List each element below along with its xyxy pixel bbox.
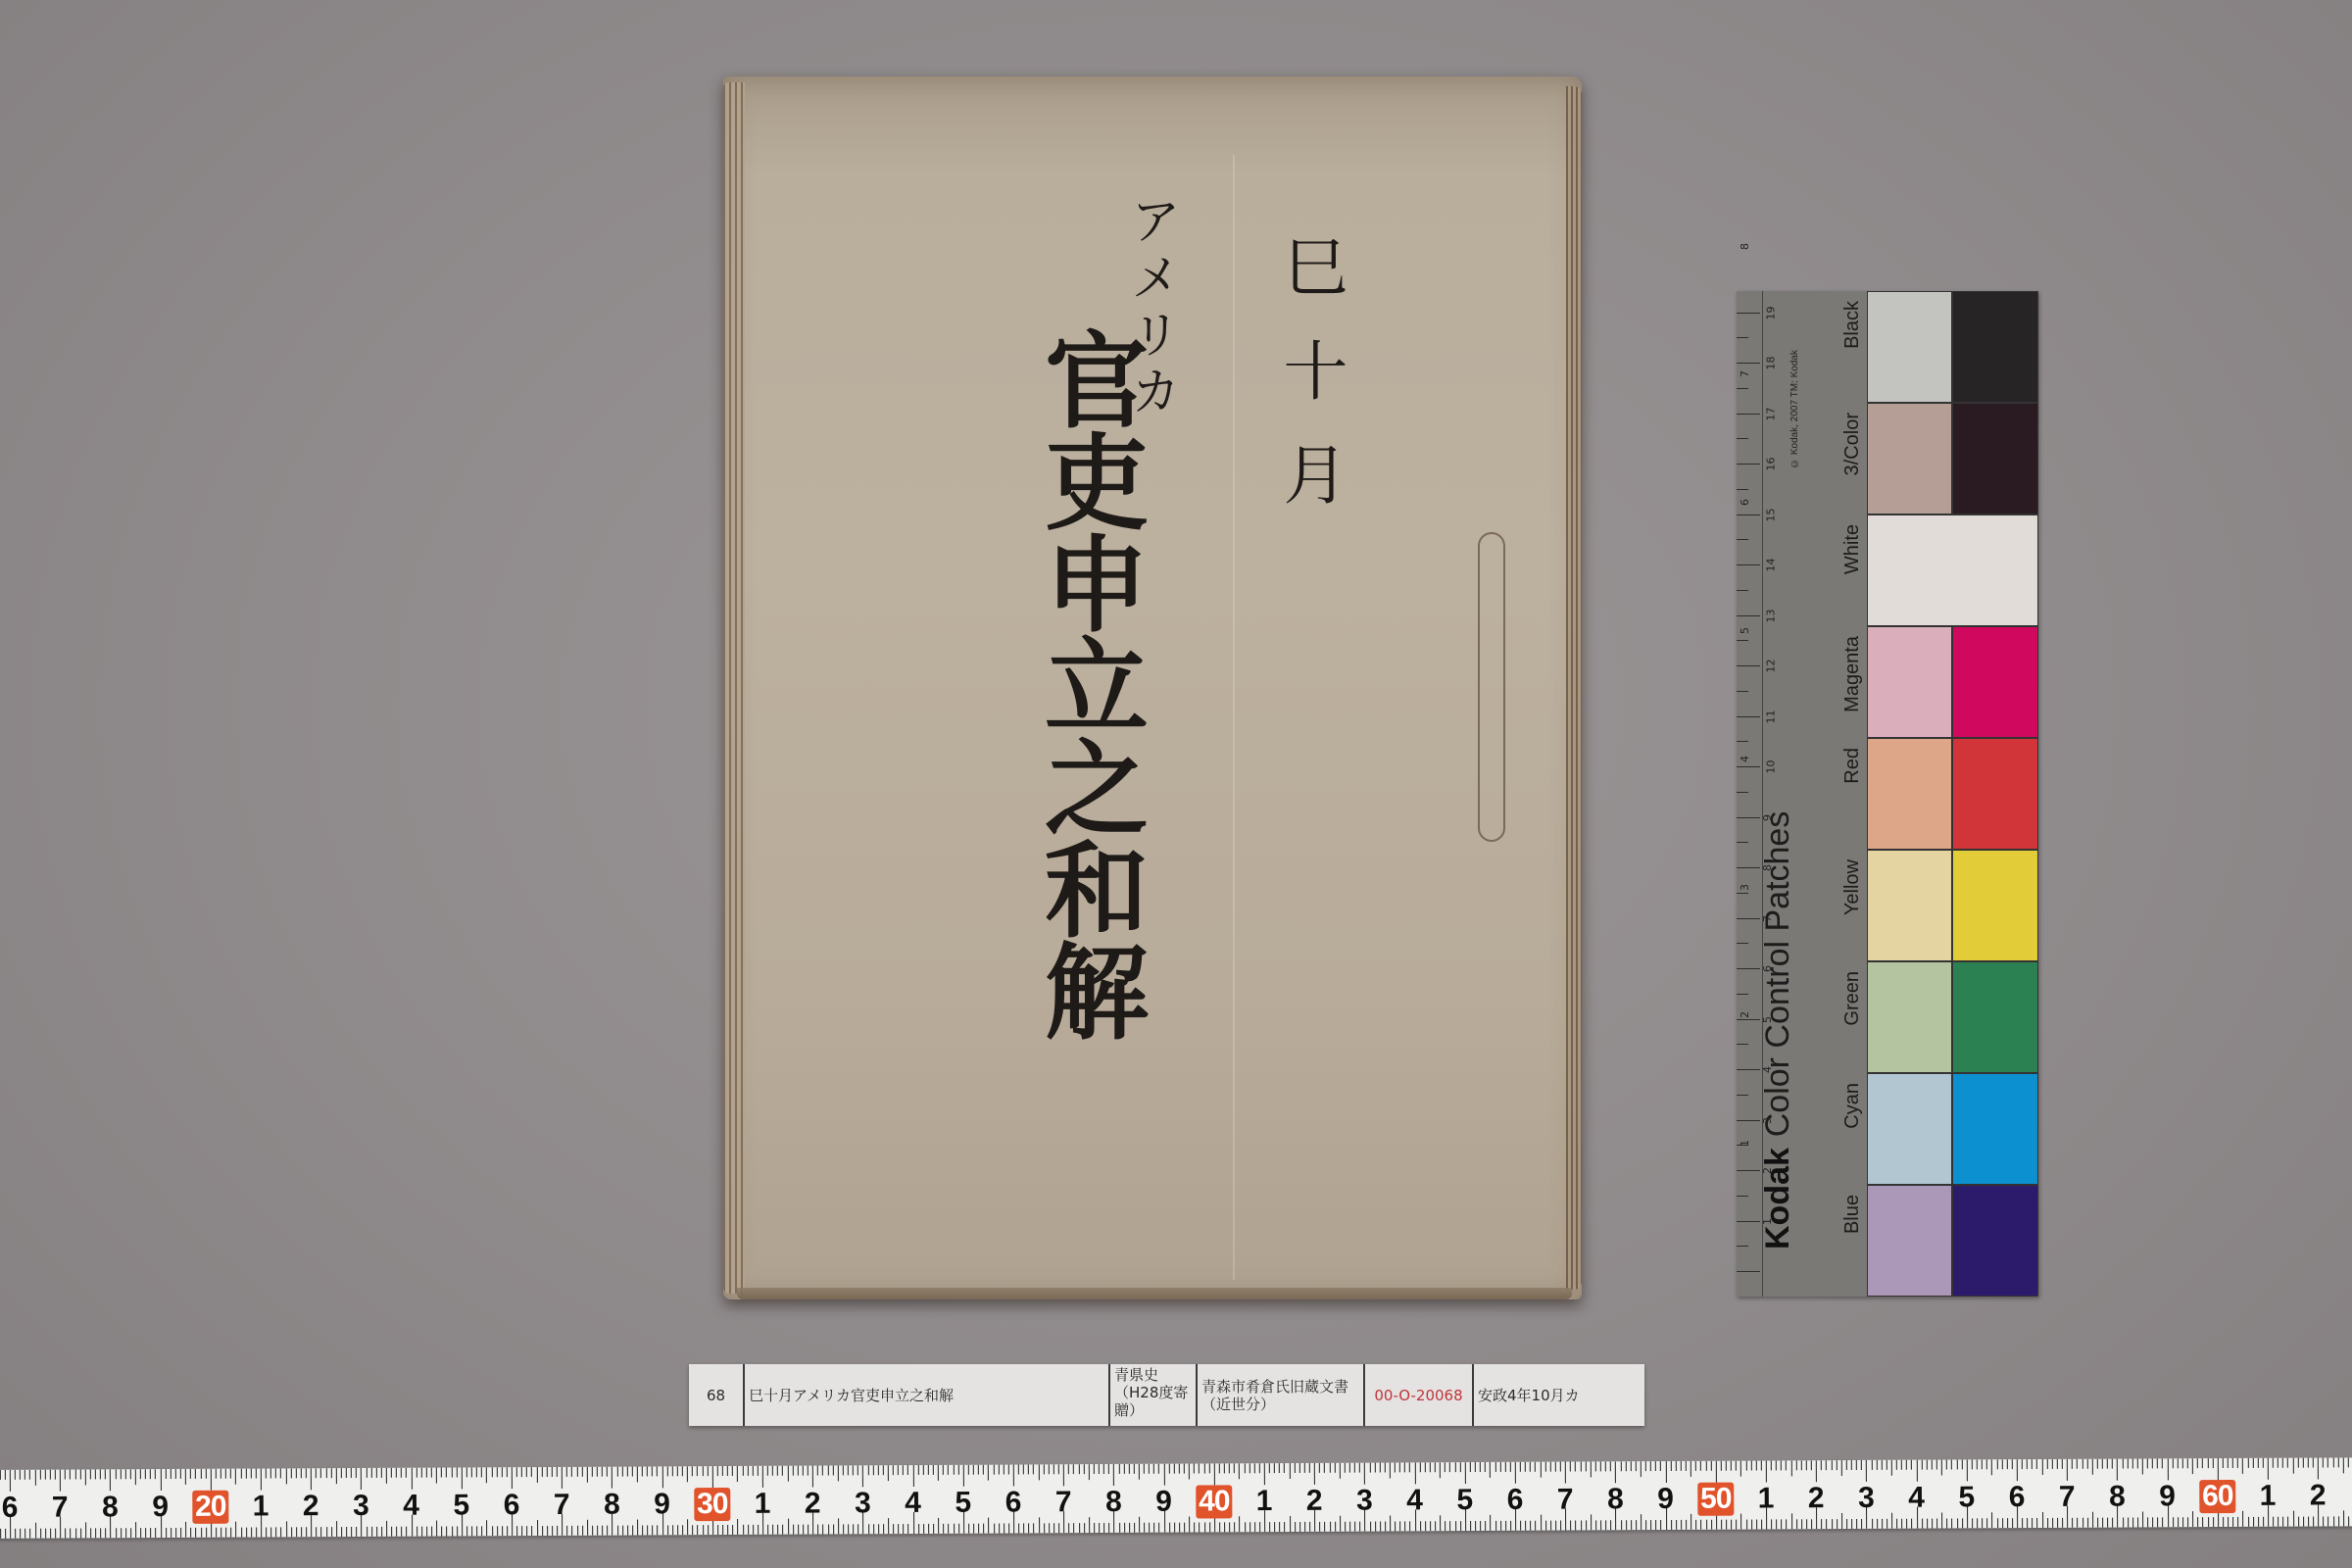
- ruler-tick: [1737, 867, 1760, 868]
- tape-label: 1: [253, 1490, 269, 1523]
- patch-label: Red: [1841, 748, 1864, 784]
- ruler-tick: [1737, 539, 1748, 540]
- inch-label: 5: [1739, 627, 1751, 634]
- cover-crease: [1233, 155, 1235, 1280]
- ruler-tick: [1737, 564, 1760, 565]
- tape-label: 1: [1758, 1482, 1775, 1515]
- tape-tick: [993, 1465, 994, 1534]
- ruler-tick: [1737, 1019, 1760, 1020]
- tape-tick: [933, 1465, 934, 1534]
- tape-tick: [135, 1469, 136, 1538]
- ruler-tick: [1737, 1069, 1760, 1070]
- tape-tick: [180, 1469, 181, 1538]
- patch-3-color-light: [1867, 403, 1952, 514]
- tape-tick: [2132, 1458, 2133, 1527]
- tape-tick: [1986, 1459, 1987, 1528]
- tape-tick: [2298, 1458, 2299, 1527]
- tape-tick: [2187, 1458, 2188, 1527]
- tape-tick: [581, 1467, 582, 1536]
- tape-tick: [838, 1465, 839, 1534]
- patch-green-dark: [1952, 961, 2038, 1073]
- tape-tick: [330, 1468, 331, 1537]
- ruler-tick: [1737, 1095, 1748, 1096]
- tape-tick: [1123, 1464, 1124, 1533]
- ruler-tick: [1737, 640, 1748, 641]
- tape-tick: [587, 1467, 588, 1536]
- tape-tick: [1946, 1459, 1947, 1528]
- tape-tick: [1380, 1463, 1381, 1532]
- tape-tick: [2278, 1458, 2278, 1527]
- tape-tick: [1044, 1464, 1045, 1533]
- tape-label: 7: [554, 1489, 570, 1522]
- tape-tick: [978, 1465, 979, 1534]
- tape-tick: [431, 1468, 432, 1537]
- ruler-tick: [1737, 438, 1748, 439]
- ruler-tick: [1737, 489, 1748, 490]
- ruler-tick: [1737, 817, 1760, 818]
- tape-tick: [1936, 1460, 1937, 1529]
- tape-tick: [1796, 1460, 1797, 1529]
- tape-tick: [1033, 1464, 1034, 1533]
- cm-label: 7: [1761, 915, 1774, 922]
- tape-major-label: 60: [2199, 1480, 2236, 1513]
- tape-tick: [1901, 1460, 1902, 1529]
- tape-tick: [1996, 1459, 1997, 1528]
- ruler-tick: [1737, 893, 1748, 894]
- ruler-tick: [1737, 313, 1760, 314]
- tape-tick: [1831, 1460, 1832, 1529]
- tape-tick: [832, 1465, 833, 1534]
- tape-tick: [1425, 1462, 1426, 1531]
- tape-label: 1: [755, 1488, 771, 1521]
- cm-label: 2: [1761, 1167, 1774, 1174]
- tape-tick: [1841, 1460, 1842, 1529]
- tape-tick: [883, 1465, 884, 1534]
- tape-tick: [2303, 1458, 2304, 1527]
- tape-tick: [1083, 1464, 1084, 1533]
- patch-black-dark: [1952, 291, 2038, 403]
- tape-tick: [446, 1468, 447, 1537]
- tape-tick: [1049, 1464, 1050, 1533]
- tape-tick: [1179, 1464, 1180, 1533]
- tape-tick: [1686, 1461, 1687, 1530]
- patch-magenta-dark: [1952, 626, 2038, 738]
- tape-tick: [1449, 1462, 1450, 1531]
- inch-label: 6: [1739, 499, 1751, 506]
- label-id: 00-O-20068: [1365, 1364, 1474, 1426]
- tape-tick: [1094, 1464, 1095, 1533]
- tape-tick: [536, 1467, 537, 1536]
- tape-tick: [1028, 1464, 1029, 1533]
- inch-label: 3: [1739, 884, 1751, 891]
- tape-label: 4: [1908, 1482, 1925, 1515]
- tape-label: 3: [855, 1487, 871, 1520]
- tape-label: 2: [805, 1488, 821, 1521]
- tape-major-label: 30: [694, 1488, 731, 1521]
- patch-label: White: [1841, 524, 1864, 574]
- tape-tick: [1189, 1464, 1190, 1533]
- tape-tick: [1324, 1463, 1325, 1532]
- patch-black-light: [1867, 291, 1952, 403]
- tape-tick: [79, 1469, 80, 1538]
- tape-tick: [145, 1469, 146, 1538]
- tape-label: 9: [2159, 1480, 2176, 1513]
- tape-tick: [2127, 1459, 2128, 1528]
- tape-tick: [2247, 1458, 2248, 1527]
- tape-tick: [2178, 1458, 2179, 1527]
- tape-tick: [1480, 1462, 1481, 1531]
- patch-cyan-dark: [1952, 1073, 2038, 1185]
- tape-tick: [1886, 1460, 1887, 1529]
- tape-tick: [1690, 1461, 1691, 1530]
- tape-major-label: 20: [192, 1491, 229, 1524]
- tape-tick: [793, 1466, 794, 1535]
- tape-tick: [1745, 1461, 1746, 1530]
- tape-tick: [1790, 1460, 1791, 1529]
- tape-tick: [1927, 1460, 1928, 1529]
- tape-tick: [2047, 1459, 2048, 1528]
- ruler-tick: [1737, 1246, 1748, 1247]
- tape-tick: [2082, 1459, 2082, 1528]
- tape-label: 7: [2059, 1481, 2076, 1514]
- tape-tick: [822, 1465, 823, 1534]
- ruler-tick: [1737, 615, 1760, 616]
- tape-tick: [2343, 1457, 2344, 1526]
- cm-label: 1: [1761, 1218, 1774, 1225]
- tape-tick: [1340, 1463, 1341, 1532]
- tape-tick: [1099, 1464, 1100, 1533]
- tape-tick: [737, 1466, 738, 1535]
- tape-tick: [230, 1469, 231, 1538]
- tape-tick: [2137, 1458, 2138, 1527]
- tape-label: 2: [303, 1490, 319, 1523]
- patch-label: Cyan: [1841, 1083, 1864, 1129]
- patch-magenta-light: [1867, 626, 1952, 738]
- cm-label: 11: [1765, 710, 1778, 723]
- patch-yellow-dark: [1952, 850, 2038, 961]
- tape-tick: [632, 1467, 633, 1536]
- tape-tick: [1851, 1460, 1852, 1529]
- tape-tick: [296, 1468, 297, 1537]
- tape-label: 2: [1306, 1485, 1323, 1518]
- ruler-tick: [1737, 918, 1760, 919]
- tape-tick: [486, 1467, 487, 1536]
- page-edges-bottom: [737, 1288, 1572, 1299]
- kodak-color-card: 12345678 © Kodak, 2007 TM: Kodak Kodak C…: [1737, 291, 2038, 1297]
- tape-tick: [496, 1467, 497, 1536]
- tape-tick: [1525, 1462, 1526, 1531]
- tape-label: 5: [1456, 1484, 1473, 1517]
- tape-tick: [531, 1467, 532, 1536]
- tape-tick: [1435, 1462, 1436, 1531]
- page-edges-left: [723, 82, 745, 1294]
- tape-tick: [1781, 1460, 1782, 1529]
- tape-tick: [376, 1468, 377, 1537]
- tape-tick: [85, 1469, 86, 1538]
- tape-tick: [421, 1468, 422, 1537]
- tape-tick: [235, 1469, 236, 1538]
- tape-tick: [547, 1467, 548, 1536]
- tape-label: 7: [1557, 1483, 1574, 1516]
- tape-tick: [1144, 1464, 1145, 1533]
- tape-measure: 6789201234567893012345678940123456789501…: [0, 1457, 2352, 1539]
- patch-cyan-light: [1867, 1073, 1952, 1185]
- tape-tick: [1078, 1464, 1079, 1533]
- tape-tick: [2292, 1458, 2293, 1527]
- ruler-tick: [1737, 741, 1748, 742]
- tape-tick: [441, 1468, 442, 1537]
- tape-tick: [597, 1467, 598, 1536]
- tape-label: 3: [353, 1490, 369, 1523]
- tape-tick: [175, 1469, 176, 1538]
- tape-tick: [1440, 1462, 1441, 1531]
- tape-tick: [627, 1467, 628, 1536]
- document-cover: 巳十月 アメリカ 官吏申立之和解: [723, 76, 1582, 1299]
- label-collection: 青森市肴倉氏旧蔵文書（近世分）: [1198, 1364, 1365, 1426]
- tape-tick: [1299, 1463, 1300, 1532]
- tape-tick: [34, 1470, 35, 1539]
- tape-tick: [2332, 1457, 2333, 1526]
- tape-tick: [1846, 1460, 1847, 1529]
- tape-tick: [1023, 1464, 1024, 1533]
- tape-tick: [1073, 1464, 1074, 1533]
- tape-tick: [1836, 1460, 1837, 1529]
- tape-tick: [40, 1470, 41, 1539]
- patch-blue-light: [1867, 1185, 1952, 1297]
- inch-label: 1: [1739, 1140, 1751, 1147]
- tape-tick: [1349, 1463, 1350, 1532]
- tape-tick: [1625, 1461, 1626, 1530]
- tape-tick: [2027, 1459, 2028, 1528]
- tape-tick: [1951, 1459, 1952, 1528]
- tape-tick: [120, 1469, 121, 1538]
- tape-tick: [2152, 1458, 2153, 1527]
- ruler-tick: [1737, 766, 1760, 767]
- patch-blue-dark: [1952, 1185, 2038, 1297]
- cm-label: 15: [1765, 508, 1778, 521]
- tape-tick: [1374, 1463, 1375, 1532]
- tape-tick: [772, 1466, 773, 1535]
- tape-tick: [777, 1466, 778, 1535]
- tape-tick: [872, 1465, 873, 1534]
- tape-tick: [24, 1470, 25, 1539]
- brand-product: Color Control Patches: [1759, 811, 1796, 1138]
- tape-tick: [2282, 1458, 2283, 1527]
- tape-tick: [1289, 1463, 1290, 1532]
- tape-tick: [1977, 1459, 1978, 1528]
- tape-tick: [1399, 1462, 1400, 1531]
- label-source: 青県史（H28度寄贈）: [1110, 1364, 1198, 1426]
- tape-tick: [742, 1466, 743, 1535]
- tape-tick: [2077, 1459, 2078, 1528]
- inch-label: 2: [1739, 1011, 1751, 1018]
- tape-tick: [521, 1467, 522, 1536]
- ruler-tick: [1737, 1271, 1760, 1272]
- tape-tick: [1650, 1461, 1651, 1530]
- tape-tick: [1631, 1461, 1632, 1530]
- title-date: 巳十月: [1277, 233, 1342, 545]
- patch-label: 3/Color: [1841, 413, 1864, 475]
- patch-red-light: [1867, 738, 1952, 850]
- cm-label: 17: [1765, 407, 1778, 420]
- tape-tick: [1184, 1464, 1185, 1533]
- tape-tick: [893, 1465, 894, 1534]
- tape-tick: [1535, 1462, 1536, 1531]
- cm-label: 16: [1765, 458, 1778, 471]
- ruler-tick: [1737, 968, 1760, 969]
- tape-tick: [1600, 1461, 1601, 1530]
- tape-tick: [798, 1466, 799, 1535]
- tape-label: 8: [604, 1489, 620, 1522]
- cm-label: 8: [1761, 864, 1774, 871]
- ruler-tick: [1737, 388, 1748, 389]
- tape-tick: [2348, 1457, 2349, 1526]
- patch-label: Black: [1841, 301, 1864, 349]
- tape-tick: [1395, 1462, 1396, 1531]
- ruler-tick: [1737, 943, 1748, 944]
- tape-tick: [682, 1466, 683, 1535]
- tape-tick: [391, 1468, 392, 1537]
- tape-tick: [787, 1466, 788, 1535]
- tape-tick: [270, 1468, 271, 1537]
- tape-tick: [973, 1465, 974, 1534]
- tape-tick: [943, 1465, 944, 1534]
- tape-tick: [1540, 1462, 1541, 1531]
- ruler-tick: [1737, 1196, 1748, 1197]
- tape-tick: [2097, 1459, 2098, 1528]
- cm-label: 18: [1765, 357, 1778, 370]
- ruler-tick: [1737, 514, 1760, 515]
- tape-tick: [1826, 1460, 1827, 1529]
- tape-tick: [1249, 1463, 1249, 1532]
- ruler-tick: [1737, 1170, 1760, 1171]
- cm-label: 6: [1761, 965, 1774, 972]
- patch-green-light: [1867, 961, 1952, 1073]
- tape-tick: [1882, 1460, 1883, 1529]
- tape-tick: [426, 1468, 427, 1537]
- tape-tick: [2242, 1458, 2243, 1527]
- ruler-tick: [1737, 337, 1748, 338]
- tape-tick: [2032, 1459, 2033, 1528]
- tape-tick: [2102, 1459, 2103, 1528]
- tape-tick: [1134, 1464, 1135, 1533]
- tape-tick: [2192, 1458, 2193, 1527]
- tape-tick: [1490, 1462, 1491, 1531]
- tape-tick: [1334, 1463, 1335, 1532]
- patch-label: Magenta: [1841, 636, 1864, 712]
- tape-label: 2: [1808, 1482, 1825, 1515]
- tape-tick: [1274, 1463, 1275, 1532]
- ruler-tick: [1737, 994, 1748, 995]
- tape-tick: [2337, 1457, 2338, 1526]
- tape-tick: [1580, 1461, 1581, 1530]
- tape-tick: [346, 1468, 347, 1537]
- tape-label: 8: [102, 1491, 119, 1524]
- tape-tick: [140, 1469, 141, 1538]
- tape-label: 5: [1958, 1481, 1975, 1514]
- tape-tick: [938, 1465, 939, 1534]
- tape-tick: [291, 1468, 292, 1537]
- cm-label: 14: [1765, 559, 1778, 572]
- tape-tick: [1876, 1460, 1877, 1529]
- tape-tick: [436, 1468, 437, 1537]
- tape-label: 6: [1507, 1484, 1524, 1517]
- tape-label: 8: [1607, 1483, 1624, 1516]
- tape-tick: [2086, 1459, 2087, 1528]
- tape-tick: [1234, 1463, 1235, 1532]
- tape-tick: [621, 1467, 622, 1536]
- label-title: 巳十月アメリカ官吏申立之和解: [745, 1364, 1110, 1426]
- patch-label: Blue: [1841, 1195, 1864, 1234]
- cm-label: 10: [1765, 760, 1778, 774]
- ruler-tick: [1737, 792, 1748, 793]
- tape-tick: [898, 1465, 899, 1534]
- tape-tick: [1595, 1461, 1596, 1530]
- tape-tick: [2041, 1459, 2042, 1528]
- tape-tick: [1499, 1462, 1500, 1531]
- ruler-tick: [1737, 1120, 1760, 1121]
- patch-red-dark: [1952, 738, 2038, 850]
- tape-label: 8: [1105, 1486, 1122, 1519]
- tape-label: 7: [1055, 1486, 1072, 1519]
- inch-label: 8: [1739, 243, 1751, 250]
- tape-tick: [1740, 1461, 1741, 1530]
- tape-tick: [747, 1466, 748, 1535]
- tape-tick: [1284, 1463, 1285, 1532]
- tape-tick: [983, 1465, 984, 1534]
- label-date: 安政4年10月カ: [1474, 1364, 1644, 1426]
- inch-label: 4: [1739, 756, 1751, 762]
- patch-label: Green: [1841, 971, 1864, 1026]
- tape-tick: [386, 1468, 387, 1537]
- tape-tick: [848, 1465, 849, 1534]
- tape-label: 6: [1005, 1486, 1022, 1519]
- tape-tick: [45, 1470, 46, 1539]
- tape-tick: [1239, 1463, 1240, 1532]
- tape-tick: [1475, 1462, 1476, 1531]
- tape-label: 6: [504, 1489, 520, 1522]
- tape-label: 2: [2310, 1479, 2327, 1512]
- tape-label: 3: [1858, 1482, 1875, 1515]
- ruler-tick: [1737, 842, 1748, 843]
- tape-tick: [1750, 1461, 1751, 1530]
- tape-tick: [1485, 1462, 1486, 1531]
- patch-label: Yellow: [1841, 859, 1864, 915]
- tape-tick: [1591, 1461, 1592, 1530]
- tape-tick: [481, 1467, 482, 1536]
- brand-kodak: Kodak: [1759, 1148, 1796, 1249]
- tape-label: 7: [52, 1492, 69, 1525]
- label-number: 68: [689, 1364, 745, 1426]
- tape-tick: [1896, 1460, 1897, 1529]
- tape-tick: [1530, 1462, 1531, 1531]
- cm-label: 19: [1765, 306, 1778, 319]
- tape-tick: [888, 1465, 889, 1534]
- tape-tick: [647, 1466, 648, 1535]
- ruler-tick: [1737, 1044, 1748, 1045]
- tape-tick: [125, 1469, 126, 1538]
- card-brand: Kodak Color Control Patches: [1758, 811, 1797, 1249]
- tape-tick: [2092, 1459, 2093, 1528]
- cm-label: 3: [1761, 1117, 1774, 1124]
- tape-tick: [1776, 1460, 1777, 1529]
- tape-tick: [827, 1465, 828, 1534]
- cm-label: 4: [1761, 1066, 1774, 1073]
- tape-tick: [491, 1467, 492, 1536]
- tape-tick: [1545, 1462, 1546, 1531]
- tape-tick: [1645, 1461, 1646, 1530]
- tape-tick: [1891, 1460, 1892, 1529]
